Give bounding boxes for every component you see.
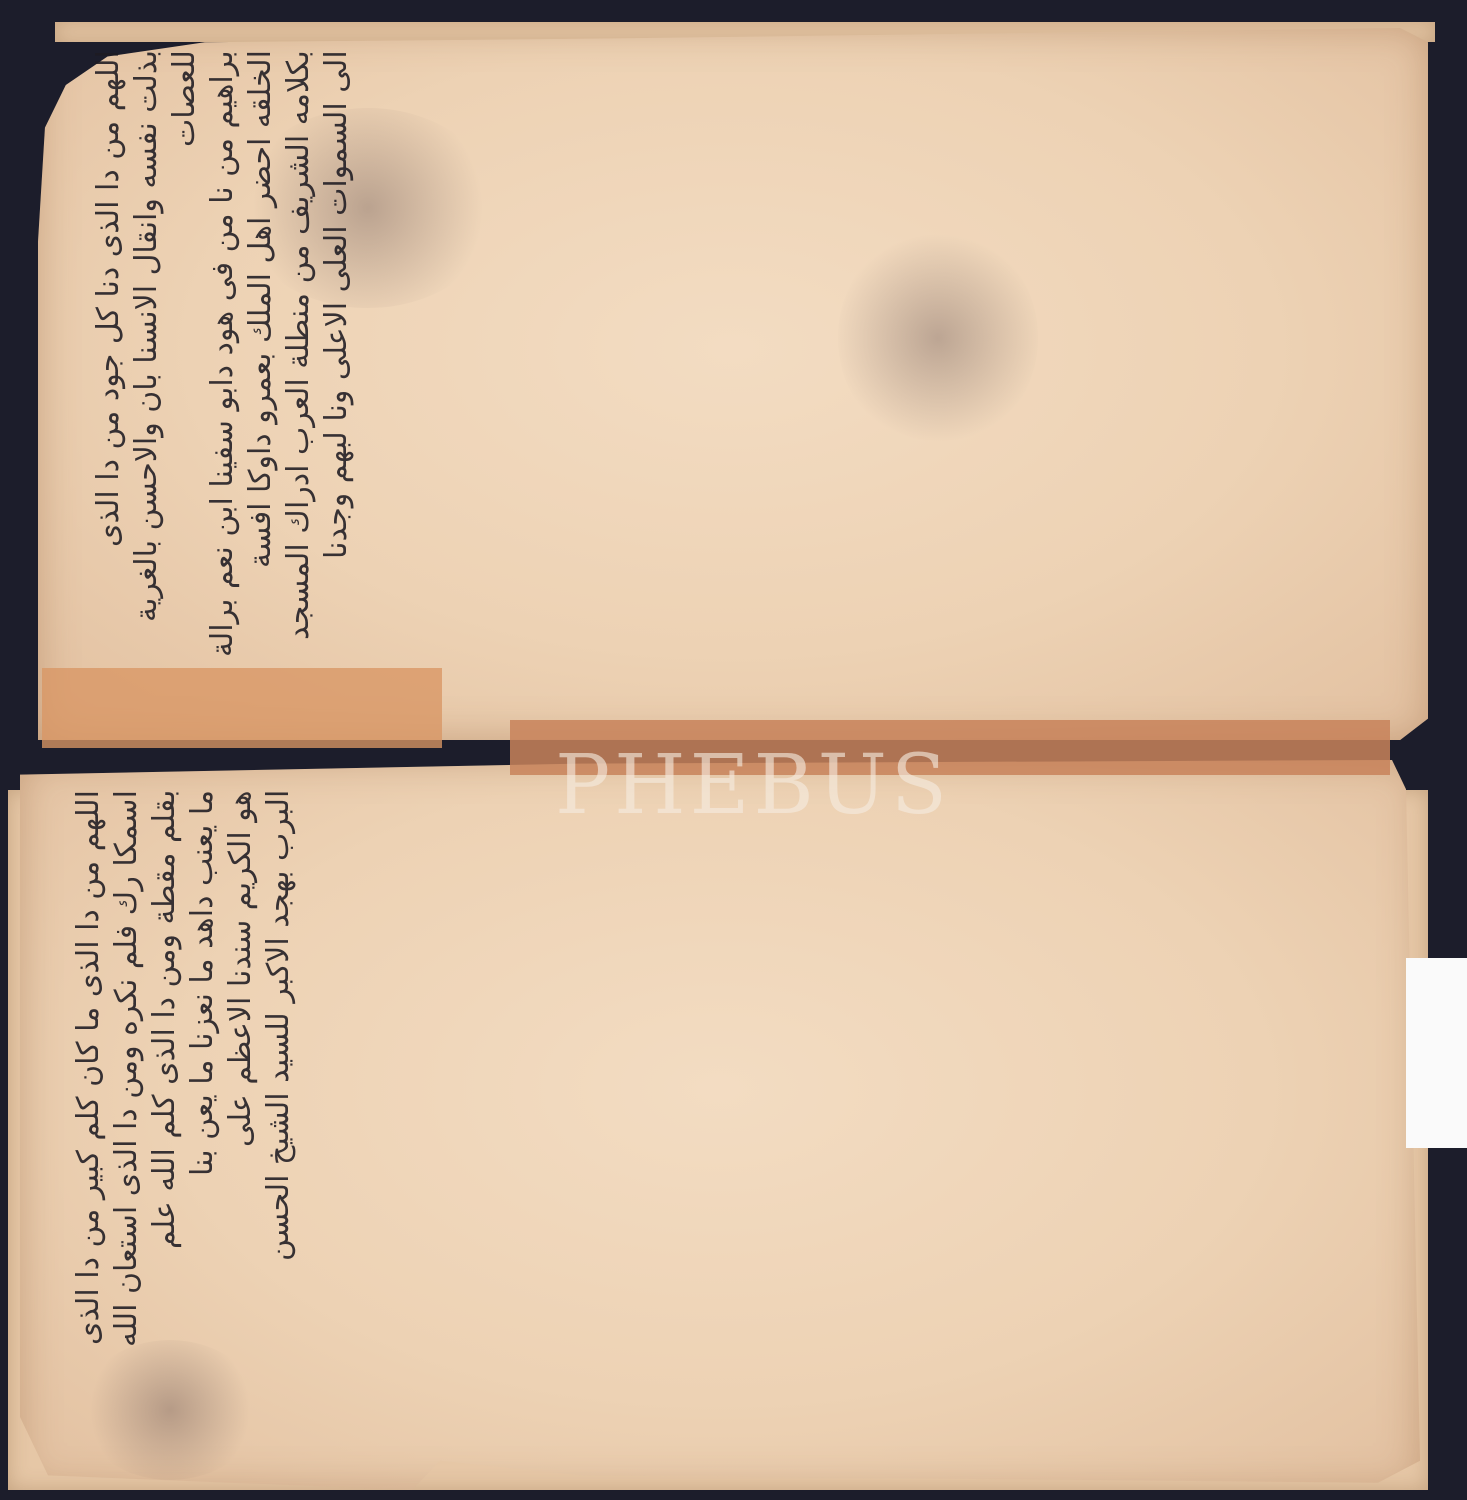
white-paper-tab (1406, 958, 1467, 1148)
text-line: براهيم من نا من فى هود دابو سفينا ابن نع… (204, 50, 242, 710)
text-line: ما يعنب داهد ما نعزنا ما يعن بنا (184, 790, 222, 1470)
text-line: اللهم من دا الذى ما كان كلم كبير من دا ا… (70, 790, 108, 1470)
text-line: اسمكا رك فلم نكره ومن دا الذى استعان الل… (108, 790, 146, 1470)
text-line: بذلت نفسه وانقال الانسنا بان والاحسن بال… (128, 50, 204, 710)
watermark: PHEBUS (555, 738, 951, 833)
text-line: الى السموات العلى الاعلى ونا لبهم وجدنا (318, 50, 356, 710)
manuscript-text-bottom: اللهم من دا الذى ما كان كلم كبير من دا ا… (70, 790, 1270, 1470)
text-line: بكلامه الشريف من منطلة العرب ادراك المسج… (280, 50, 318, 710)
text-line: هو الكريم سندنا الاعظم على (222, 790, 260, 1470)
text-line: اللهم من دا الذى دنا كل جود من دا الذى (90, 50, 128, 710)
repair-tape-left (42, 668, 442, 748)
manuscript-text-top: اللهم من دا الذى دنا كل جود من دا الذى ب… (90, 50, 1410, 710)
text-line: بقلم مقطة ومن دا الذى كلم الله علم (146, 790, 184, 1470)
text-line: الخلقه احضر اهل الملك بعمرو داوكا افسة (242, 50, 280, 710)
text-line: البرب بهجد الاكبر للسيد الشيخ الحسن (260, 790, 298, 1470)
